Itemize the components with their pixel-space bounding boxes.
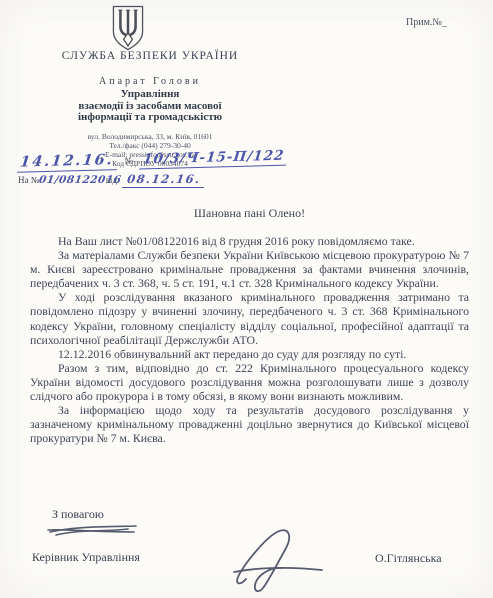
- body-paragraph: На Ваш лист №01/08122016 від 8 грудня 20…: [30, 234, 469, 248]
- body-paragraph: У ході розслідування вказаного криміналь…: [30, 290, 469, 346]
- signer-position: Керівник Управління: [32, 550, 140, 565]
- org-unit-name-line3: інформації та громадськістю: [10, 112, 290, 124]
- copy-number-label: Прим.№_: [406, 17, 447, 28]
- ukraine-trident-emblem: [109, 5, 147, 51]
- org-unit-parent: Апарат Голови: [10, 76, 290, 87]
- incoming-date-handwritten: 08.12.16.: [122, 172, 206, 188]
- body-paragraph: 12.12.2016 обвинувальний акт передано до…: [30, 347, 469, 361]
- outgoing-date-handwritten: 14.12.16.: [17, 151, 119, 173]
- org-name: СЛУЖБА БЕЗПЕКИ УКРАЇНИ: [10, 50, 290, 62]
- contact-address: вул. Володимирська, 33, м. Київ, 01601: [10, 132, 290, 141]
- outgoing-reference-line: 14.12.16. № 10/3/Ч-15-П/122: [18, 146, 298, 172]
- org-unit-name-line1: Управління: [10, 89, 290, 101]
- body-paragraph: За матеріалами Служби безпеки України Ки…: [30, 248, 469, 290]
- letter-body: На Ваш лист №01/08122016 від 8 грудня 20…: [30, 234, 469, 445]
- number-sign-label: №: [125, 156, 134, 166]
- letter-page: Прим.№_ СЛУЖБА БЕЗПЕКИ УКРАЇНИ Апарат Го…: [0, 0, 493, 598]
- from-label: від: [106, 175, 117, 185]
- closing-phrase: З повагою: [52, 507, 104, 522]
- signer-name: О.Гітлянська: [375, 551, 442, 566]
- registration-block: 14.12.16. № 10/3/Ч-15-П/122 На №01/08122…: [18, 150, 298, 188]
- signature-ink: [232, 527, 327, 597]
- incoming-reference-label: На №: [18, 175, 39, 185]
- incoming-reference-line: На №01/08122016від08.12.16.: [18, 172, 298, 188]
- salutation: Шановна пані Олено!: [30, 206, 469, 221]
- closing-flourish-ink: [46, 524, 142, 538]
- body-paragraph: Разом з тим, відповідно до ст. 222 Кримі…: [30, 361, 469, 403]
- outgoing-number-handwritten: 10/3/Ч-15-П/122: [139, 148, 288, 170]
- body-paragraph: За інформацією щодо ходу та результатів …: [30, 403, 469, 445]
